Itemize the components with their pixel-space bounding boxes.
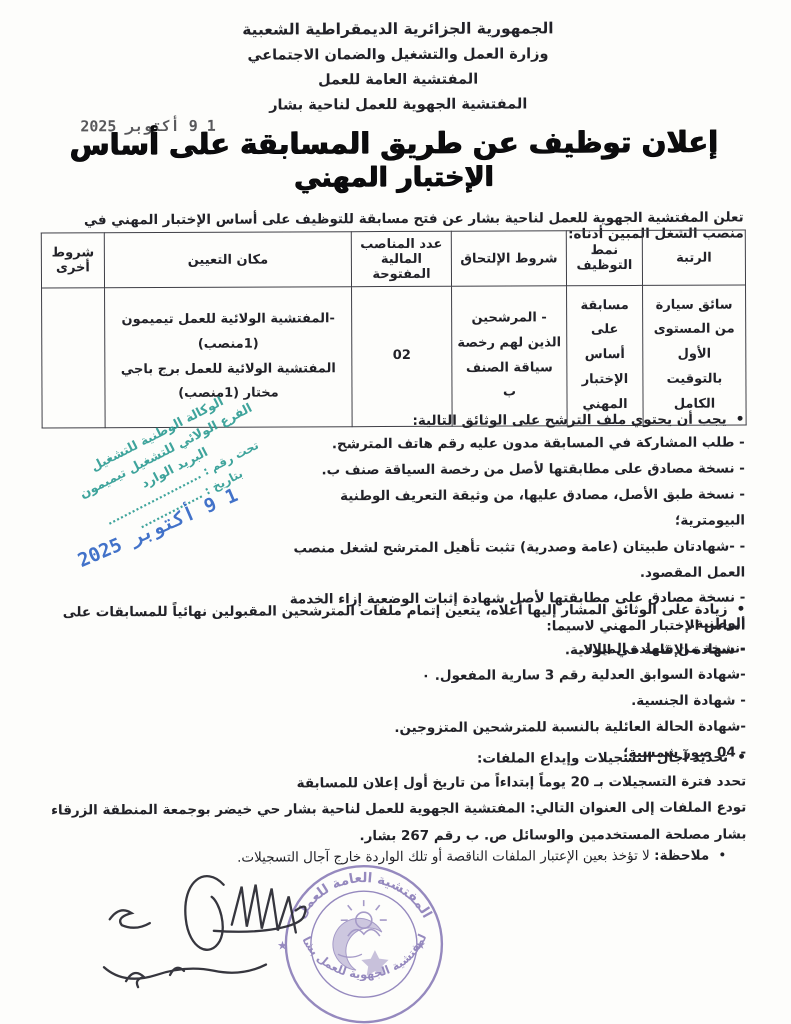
note-label: ملاحظة: — [654, 848, 709, 864]
table-header-conditions: شروط الإلتحاق — [451, 231, 566, 287]
cell-positions: 02 — [352, 286, 453, 426]
table-header-location: مكان التعيين — [104, 232, 351, 288]
bullet-icon: • — [737, 749, 746, 765]
vacancy-table: الرتبة نمط التوظيف شروط الإلتحاق عدد الم… — [41, 229, 747, 428]
general-inspectorate-title: المفتشية العامة للعمل — [178, 67, 618, 94]
additional-docs-section: •زيادة على الوثائق المشار إليها أعلاه، ي… — [40, 601, 746, 769]
cell-conditions: - المرشحين الذين لهم رخصة سياقة الصنف ب — [452, 286, 568, 427]
doc-item: -شهادة الحالة العائلية بالنسبة للمترشحين… — [41, 714, 746, 743]
bullet-icon: • — [736, 411, 745, 427]
table-header-positions: عدد المناصب المالية المفتوحة — [351, 231, 451, 286]
doc-item: - نسخة طبق الأصل، مصادق عليها، من وثيقة … — [273, 482, 745, 536]
deadlines-section: •تحديد آجال التسجيلات وإيداع الملفات: تح… — [41, 749, 746, 850]
announcement-title: إعلان توظيف عن طريق المسابقة على أساس ال… — [0, 124, 790, 194]
required-docs-heading-text: يجب أن يحتوي ملف الترشح على الوثائق التا… — [412, 412, 726, 429]
letterhead: الجمهورية الجزائرية الديمقراطية الشعبية … — [178, 15, 618, 118]
deadlines-duration: تحدد فترة التسجيلات بـ 20 يوماً إبتداءاً… — [41, 768, 746, 797]
bullet-icon: • — [736, 601, 745, 617]
announcement-title-line1: إعلان توظيف عن طريق المسابقة على أساس — [0, 124, 789, 161]
table-header-mode: نمط التوظيف — [566, 230, 642, 285]
deadlines-address: تودع الملفات إلى العنوان التالي: المفتشي… — [41, 795, 746, 851]
scanned-document-page: الجمهورية الجزائرية الديمقراطية الشعبية … — [0, 0, 791, 1024]
deadlines-heading-text: تحديد آجال التسجيلات وإيداع الملفات: — [477, 750, 728, 767]
republic-title: الجمهورية الجزائرية الديمقراطية الشعبية — [178, 15, 618, 44]
doc-item: - طلب المشاركة في المسابقة مدون عليه رقم… — [273, 430, 745, 458]
regional-inspectorate-title: المفتشية الجهوية للعمل لناحية بشار — [178, 92, 618, 119]
doc-item: - -شهادتان طبيتان (عامة وصدرية) تثبت تأه… — [273, 534, 745, 588]
doc-item: - شهادة الجنسية. — [41, 688, 746, 717]
cell-mode: مسابقة على أساس الإختبار المهني — [567, 285, 644, 425]
bullet-icon: • — [718, 848, 726, 864]
deadlines-heading: •تحديد آجال التسجيلات وإيداع الملفات: — [41, 749, 746, 768]
cell-location-line1: -المفتشية الولائية للعمل تيميمون (1منصب) — [110, 307, 346, 357]
table-header-row: الرتبة نمط التوظيف شروط الإلتحاق عدد الم… — [41, 230, 745, 288]
required-docs-heading: •يجب أن يحتوي ملف الترشح على الوثائق الت… — [273, 411, 745, 429]
announcement-title-line2: الإختبار المهني — [0, 160, 790, 194]
handwritten-signature — [74, 862, 385, 1013]
table-header-rank: الرتبة — [642, 230, 745, 285]
cell-rank: سائق سيارة من المستوى الأول بالتوقيت الك… — [643, 285, 747, 425]
ministry-title: وزارة العمل والتشغيل والضمان الاجتماعي — [178, 42, 618, 69]
additional-docs-heading: •زيادة على الوثائق المشار إليها أعلاه، ي… — [40, 601, 745, 636]
additional-docs-heading-text: زيادة على الوثائق المشار إليها أعلاه، يت… — [63, 602, 746, 635]
table-row: سائق سيارة من المستوى الأول بالتوقيت الك… — [42, 285, 747, 428]
document-content: الجمهورية الجزائرية الديمقراطية الشعبية … — [0, 0, 791, 1024]
stamp-right-star-icon: ★ — [415, 938, 426, 952]
doc-item: -نسخة من شهادة الميلاد. — [41, 636, 746, 665]
cell-other-conditions — [42, 288, 106, 428]
doc-item: -شهادة السوابق العدلية رقم 3 سارية المفع… — [41, 662, 746, 691]
doc-item: - نسخة مصادق على مطابقتها لأصل من رخصة ا… — [273, 456, 745, 484]
table-header-other: شروط أخرى — [41, 233, 104, 288]
